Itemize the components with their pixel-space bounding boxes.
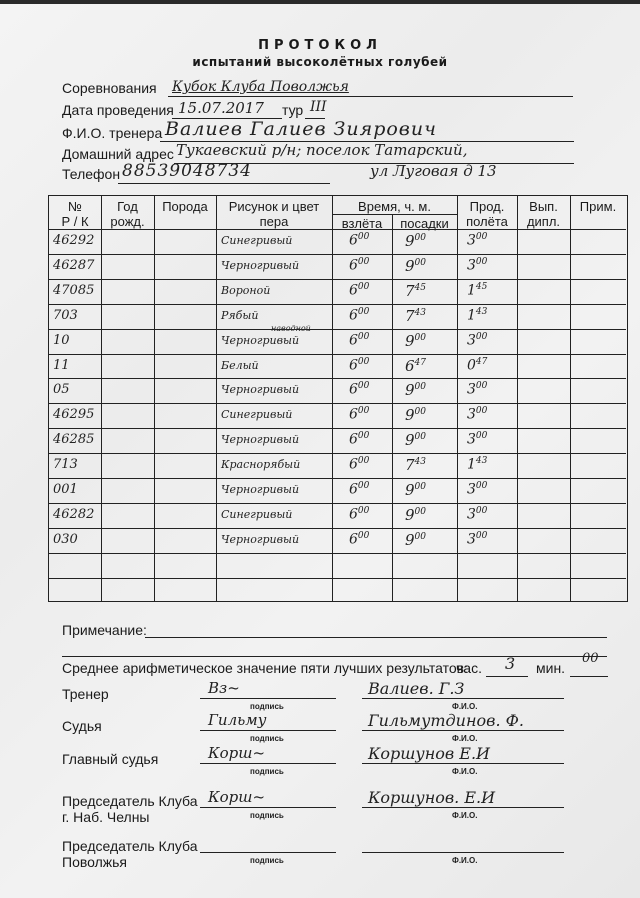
- competition-label: Соревнования: [62, 80, 157, 96]
- note-underline-1: [145, 637, 607, 638]
- table-row: [49, 354, 626, 379]
- address-value-line2: ул Луговая д 13: [370, 162, 497, 180]
- table-row: [49, 254, 626, 279]
- signatory-role-line2: Поволжья: [62, 854, 127, 870]
- cell-ring-number: 47085: [53, 283, 94, 298]
- signatory-role: Главный судья: [62, 751, 158, 767]
- signatory-name: Гильмутдинов. Ф.: [368, 711, 524, 730]
- header-year: Годрожд.: [101, 199, 154, 229]
- signature-line: [200, 807, 336, 808]
- cell-ring-number: 46287: [53, 258, 94, 273]
- cell-takeoff-time: 600: [349, 531, 369, 548]
- address-value-line1: Тукаевский р/н; поселок Татарский,: [176, 141, 467, 159]
- cell-ring-number: 030: [53, 532, 78, 547]
- cell-landing-time: 900: [405, 257, 426, 275]
- cell-ring-number: 46285: [53, 432, 94, 447]
- cell-flight-duration: 145: [467, 282, 487, 299]
- cell-landing-time: 900: [405, 506, 426, 524]
- cell-landing-time: 900: [405, 332, 426, 350]
- document-subtitle: испытаний высоколётных голубей: [0, 55, 640, 69]
- cell-landing-time: 647: [405, 357, 426, 375]
- signature-handwritten: Корш~: [208, 788, 265, 806]
- cell-flight-duration: 300: [467, 332, 487, 349]
- cell-ring-number: 46295: [53, 407, 94, 422]
- cell-ring-number: 703: [53, 308, 78, 323]
- cell-landing-time: 900: [405, 406, 426, 424]
- date-value: 15.07.2017: [178, 99, 264, 117]
- cell-landing-time: 900: [405, 232, 426, 250]
- header-num: №Р / К: [49, 199, 101, 229]
- note-label: Примечание:: [62, 622, 147, 638]
- trainer-label: Ф.И.О. тренера: [62, 125, 162, 141]
- header-note: Прим.: [570, 199, 626, 214]
- date-label: Дата проведения: [62, 102, 174, 118]
- signature-caption: подпись: [250, 702, 284, 711]
- cell-takeoff-time: 600: [349, 381, 369, 398]
- signature-caption: подпись: [250, 734, 284, 743]
- hours-underline: [486, 676, 528, 677]
- cell-feather-color: Черногривый: [221, 383, 299, 396]
- signature-line: [200, 730, 336, 731]
- round-label: тур: [282, 102, 303, 118]
- signature-caption: подпись: [250, 811, 284, 820]
- table-row: [49, 403, 626, 428]
- header-duration: Прод.полёта: [457, 199, 517, 229]
- hours-value: 3: [505, 654, 515, 673]
- signatory-name: Коршунов. Е.И: [368, 788, 495, 807]
- cell-ring-number: 10: [53, 333, 70, 348]
- table-row: [49, 378, 626, 403]
- cell-takeoff-time: 600: [349, 357, 369, 374]
- address-label: Домашний адрес: [62, 146, 174, 162]
- cell-flight-duration: 300: [467, 406, 487, 423]
- document-title: ПРОТОКОЛ: [0, 38, 640, 53]
- cell-ring-number: 11: [53, 358, 70, 373]
- phone-underline: [118, 183, 330, 184]
- header-breed: Порода: [154, 199, 216, 214]
- cell-feather-color: Синегривый: [221, 408, 292, 421]
- name-line: [362, 763, 564, 764]
- cell-takeoff-time: 600: [349, 282, 369, 299]
- cell-feather-color: Черногривый: [221, 483, 299, 496]
- cell-takeoff-time: 600: [349, 406, 369, 423]
- note-underline-2: [62, 656, 607, 657]
- cell-landing-time: 900: [405, 481, 426, 499]
- table-row: [49, 229, 626, 254]
- name-caption: Ф.И.О.: [452, 734, 477, 743]
- trainer-value: Валиев Галиев Зиярович: [165, 118, 437, 140]
- signature-line: [200, 763, 336, 764]
- competition-underline: [168, 96, 573, 97]
- cell-flight-duration: 300: [467, 531, 487, 548]
- signature-handwritten: Гильму: [208, 711, 266, 729]
- scan-top-edge: [0, 0, 640, 4]
- time-subheader-divider: [332, 214, 457, 215]
- cell-flight-duration: 143: [467, 456, 487, 473]
- name-line: [362, 852, 564, 853]
- signatory-role: Тренер: [62, 686, 109, 702]
- header-diploma: Вып.дипл.: [517, 199, 570, 229]
- cell-takeoff-time: 600: [349, 456, 369, 473]
- table-row: [49, 453, 626, 478]
- signature-caption: подпись: [250, 767, 284, 776]
- name-line: [362, 698, 564, 699]
- cell-flight-duration: 300: [467, 232, 487, 249]
- cell-ring-number: 713: [53, 457, 78, 472]
- cell-landing-time: 900: [405, 381, 426, 399]
- header-color: Рисунок и цветпера: [216, 199, 332, 229]
- table-row: [49, 329, 626, 354]
- name-caption: Ф.И.О.: [452, 856, 477, 865]
- average-label: Среднее арифметическое значение пяти луч…: [62, 660, 468, 676]
- cell-feather-color: Вороной: [221, 284, 270, 297]
- cell-takeoff-time: 600: [349, 232, 369, 249]
- name-caption: Ф.И.О.: [452, 811, 477, 820]
- signature-line: [200, 698, 336, 699]
- table-row: [49, 304, 626, 329]
- cell-takeoff-time: 600: [349, 431, 369, 448]
- round-value: III: [310, 99, 327, 115]
- phone-label: Телефон: [62, 166, 120, 182]
- cell-ring-number: 05: [53, 382, 70, 397]
- signatory-name: Коршунов Е.И: [368, 744, 490, 763]
- cell-feather-color: Черногривый: [221, 533, 299, 546]
- name-line: [362, 807, 564, 808]
- competition-value: Кубок Клуба Поволжья: [172, 79, 349, 95]
- cell-feather-color: Синегривый: [221, 508, 292, 521]
- cell-landing-time: 743: [405, 456, 426, 474]
- table-row: [49, 528, 626, 553]
- table-row: [49, 553, 626, 578]
- signatory-role: Судья: [62, 718, 102, 734]
- cell-ring-number: 46292: [53, 233, 94, 248]
- cell-flight-duration: 300: [467, 481, 487, 498]
- cell-feather-color: Синегривый: [221, 234, 292, 247]
- cell-takeoff-time: 600: [349, 332, 369, 349]
- cell-feather-color: Рябый: [221, 309, 258, 322]
- cell-feather-note: наводной: [271, 324, 311, 333]
- cell-ring-number: 001: [53, 482, 78, 497]
- table-row: [49, 279, 626, 304]
- table-row: [49, 428, 626, 453]
- cell-flight-duration: 300: [467, 381, 487, 398]
- cell-flight-duration: 143: [467, 307, 487, 324]
- signatory-role: Председатель Клуба: [62, 838, 198, 854]
- minutes-underline: [570, 676, 608, 677]
- table-row: [49, 503, 626, 528]
- cell-flight-duration: 047: [467, 357, 487, 374]
- cell-flight-duration: 300: [467, 257, 487, 274]
- name-caption: Ф.И.О.: [452, 767, 477, 776]
- cell-feather-color: Черногривый: [221, 334, 299, 347]
- minutes-value: 00: [582, 651, 599, 666]
- cell-ring-number: 46282: [53, 507, 94, 522]
- cell-feather-color: Краснорябый: [221, 458, 300, 471]
- cell-takeoff-time: 600: [349, 481, 369, 498]
- signatory-role-line2: г. Наб. Челны: [62, 809, 150, 825]
- minutes-label: мин.: [536, 660, 565, 676]
- signature-caption: подпись: [250, 856, 284, 865]
- signature-line: [200, 852, 336, 853]
- signature-handwritten: Корш~: [208, 744, 265, 762]
- cell-takeoff-time: 600: [349, 307, 369, 324]
- signature-handwritten: Вз~: [208, 679, 240, 697]
- hours-label: час.: [456, 660, 482, 676]
- cell-feather-color: Белый: [221, 359, 259, 372]
- cell-feather-color: Черногривый: [221, 259, 299, 272]
- cell-landing-time: 743: [405, 307, 426, 325]
- cell-landing-time: 900: [405, 431, 426, 449]
- cell-landing-time: 745: [405, 282, 426, 300]
- pigeon-results-table: №Р / К Годрожд. Порода Рисунок и цветпер…: [48, 195, 628, 602]
- cell-feather-color: Черногривый: [221, 433, 299, 446]
- header-time: Время, ч. м.: [332, 199, 457, 214]
- signatory-role: Председатель Клуба: [62, 793, 198, 809]
- table-row: [49, 478, 626, 503]
- phone-value: 88539048734: [122, 161, 252, 181]
- cell-landing-time: 900: [405, 531, 426, 549]
- cell-flight-duration: 300: [467, 431, 487, 448]
- table-row: [49, 578, 626, 603]
- signatory-name: Валиев. Г.З: [368, 679, 464, 698]
- cell-flight-duration: 300: [467, 506, 487, 523]
- name-caption: Ф.И.О.: [452, 702, 477, 711]
- cell-takeoff-time: 600: [349, 506, 369, 523]
- name-line: [362, 730, 564, 731]
- cell-takeoff-time: 600: [349, 257, 369, 274]
